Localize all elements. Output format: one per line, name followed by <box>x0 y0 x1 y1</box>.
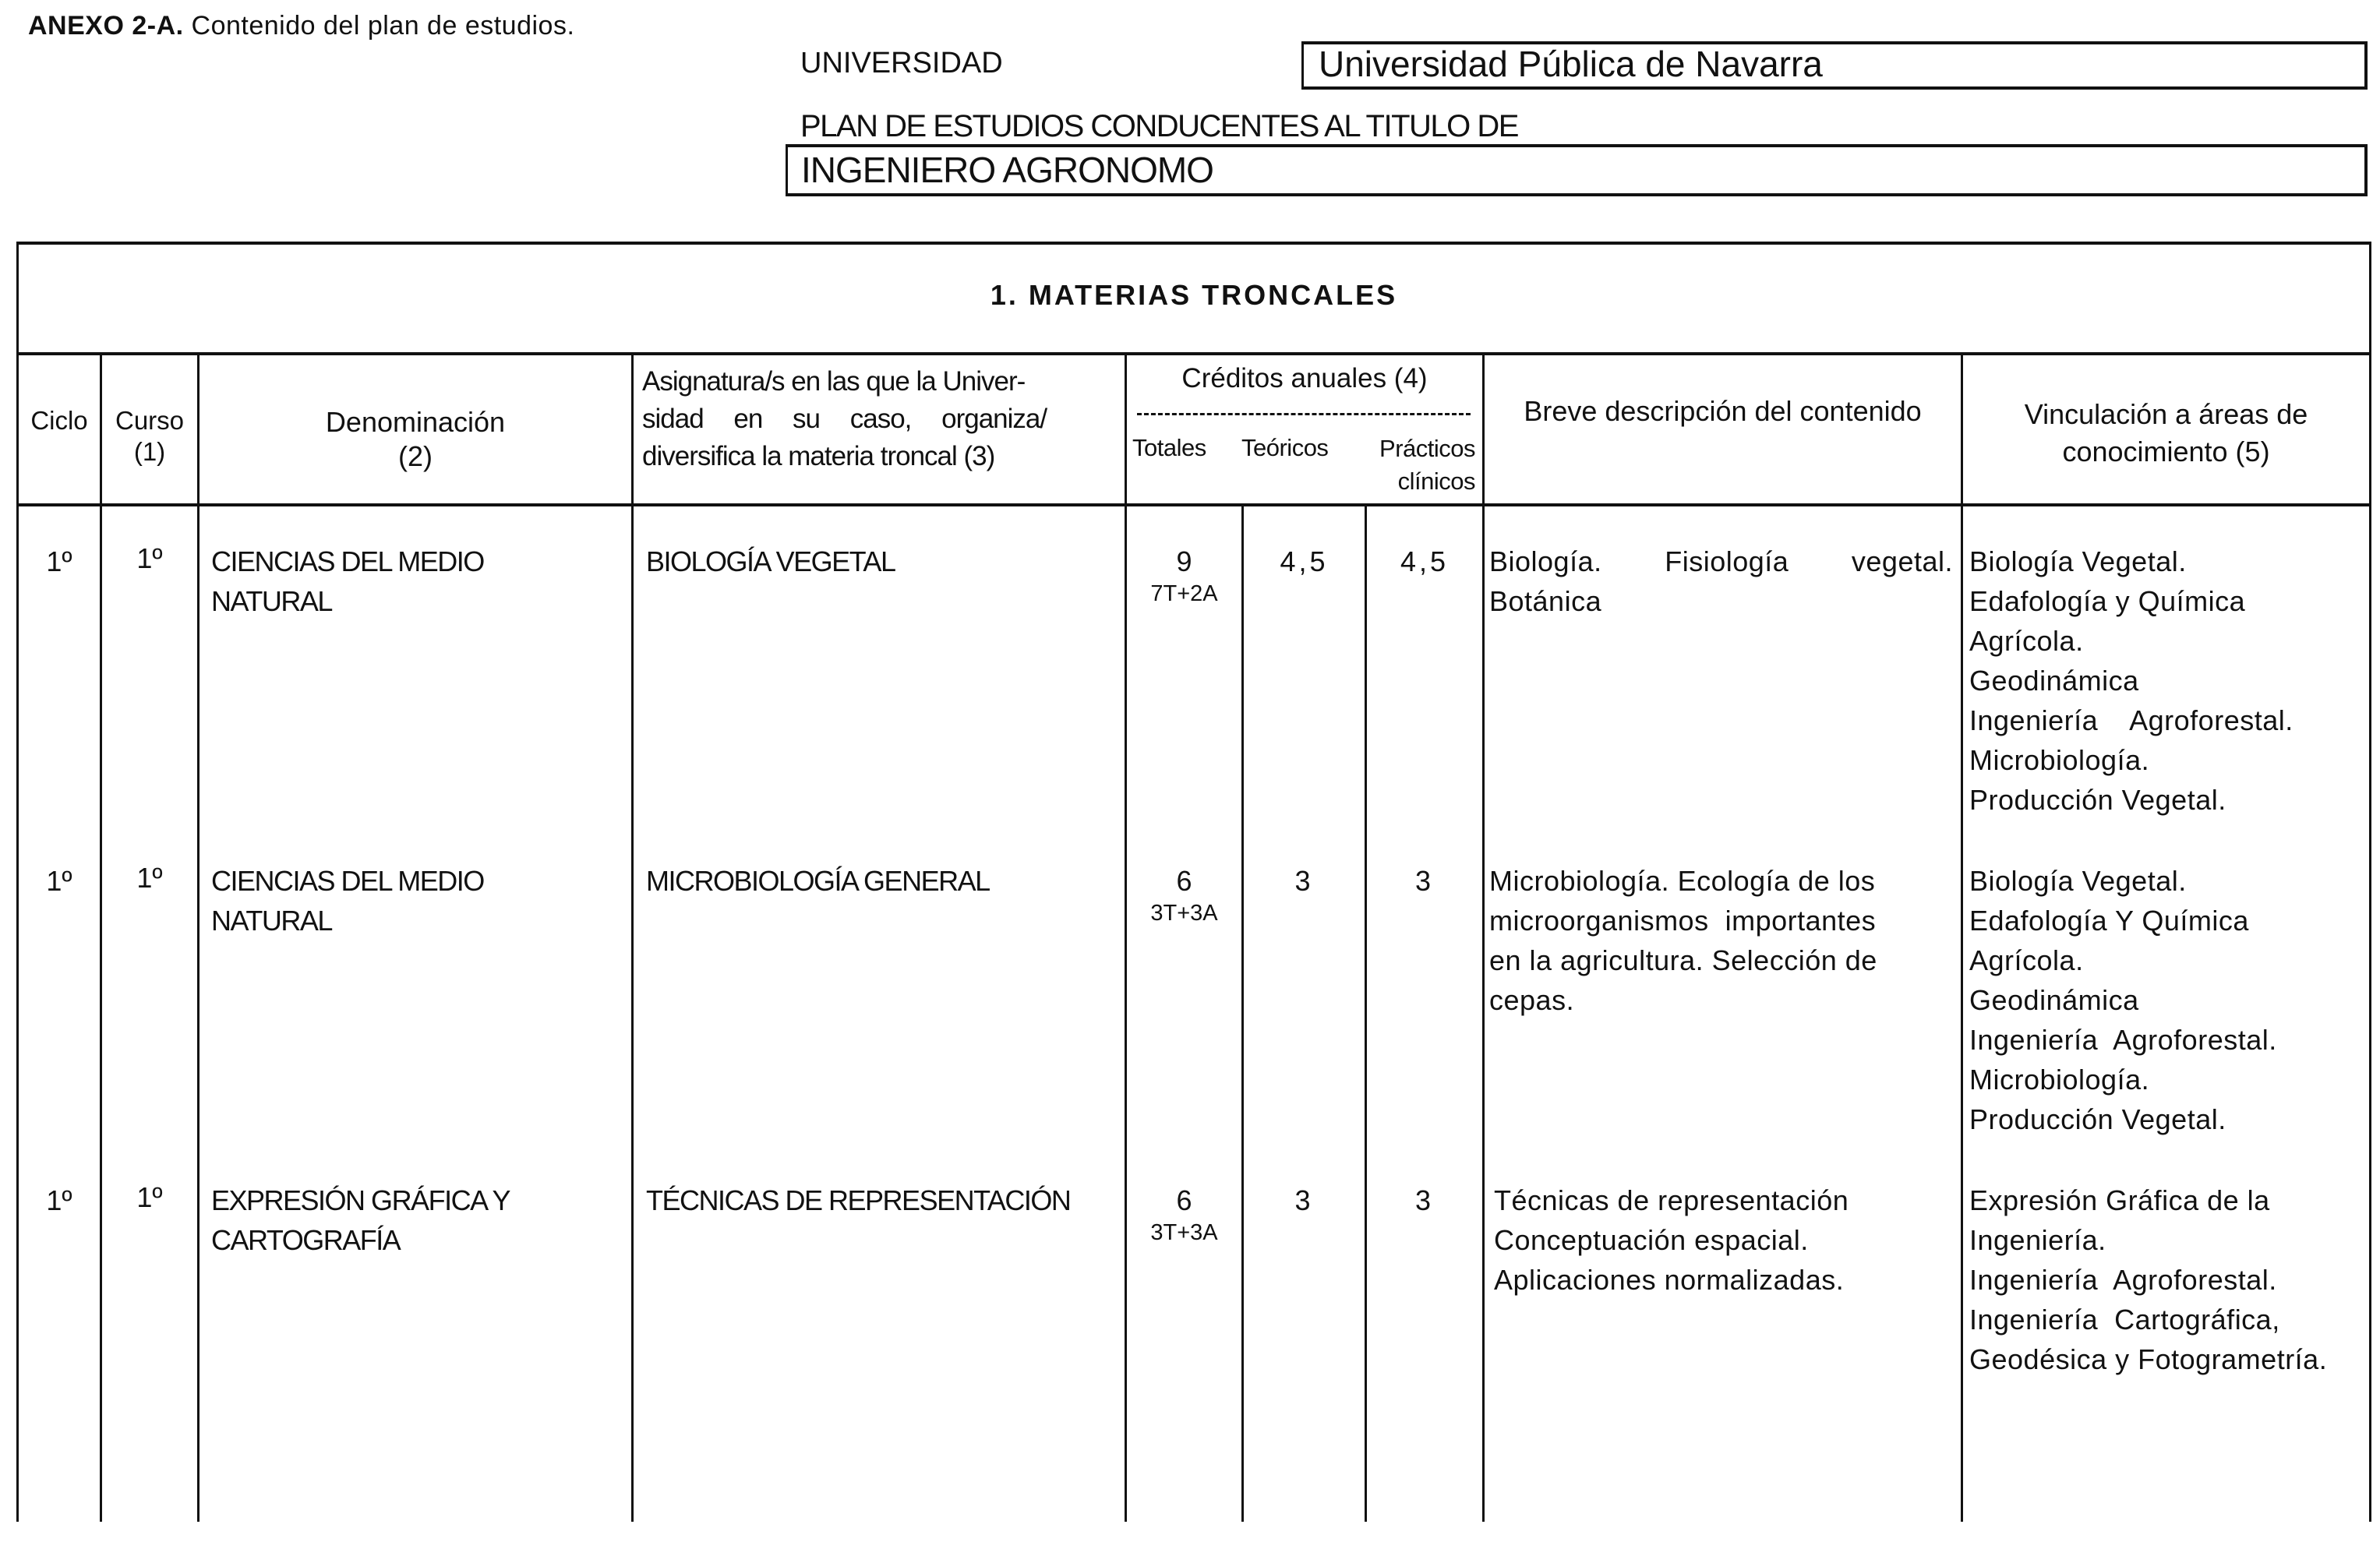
cell-practicos: 4,5 <box>1367 542 1482 581</box>
cell-vinculacion-line: Agrícola. <box>1969 940 2363 980</box>
header-teoricos: Teóricos <box>1241 432 1328 464</box>
cell-curso-line: 1º <box>102 1177 197 1217</box>
cell-vinculacion-line: Ingeniería. <box>1969 1220 2363 1260</box>
cell-totales-split: 7T+2A <box>1127 579 1241 609</box>
cell-descripcion-line: cepas. <box>1489 980 1953 1020</box>
cell-vinculacion-line: Geodésica y Fotogrametría. <box>1969 1339 2363 1379</box>
cell-ciclo: 1º <box>19 1180 100 1220</box>
header-practicos-line: clínicos <box>1365 465 1475 498</box>
degree-value: INGENIERO AGRONOMO <box>801 146 1213 193</box>
cell-curso-line: 1º <box>102 858 197 898</box>
header-top-border <box>16 352 2371 355</box>
table-right-border <box>2369 242 2371 1522</box>
cell-vinculacion-line: Ingeniería Cartográfica, <box>1969 1300 2363 1339</box>
col-divider <box>1365 503 1367 1522</box>
cell-asignatura: MICROBIOLOGÍA GENERAL <box>646 861 1121 901</box>
cell-totales-split: 3T+3A <box>1127 1218 1241 1247</box>
cell-descripcion-line: microorganismos importantes <box>1489 901 1953 940</box>
header-vinculacion-line: conocimiento (5) <box>1963 433 2369 471</box>
cell-teoricos-line: 3 <box>1244 1180 1365 1220</box>
cell-practicos-line: 3 <box>1367 1180 1482 1220</box>
cell-curso: 1º <box>102 1177 197 1217</box>
cell-vinculacion: Expresión Gráfica de laIngeniería.Ingeni… <box>1969 1180 2363 1379</box>
col-divider <box>197 352 200 1522</box>
annex-heading: ANEXO 2-A. Contenido del plan de estudio… <box>28 11 574 41</box>
cell-vinculacion: Biología Vegetal.Edafología Y QuímicaAgr… <box>1969 861 2363 1139</box>
cell-teoricos-line: 4,5 <box>1244 542 1365 581</box>
header-curso-note: (1) <box>102 436 197 468</box>
cell-teoricos: 4,5 <box>1244 542 1365 581</box>
cell-vinculacion-line: Microbiología. <box>1969 740 2363 780</box>
header-ciclo: Ciclo <box>19 405 100 436</box>
header-asignatura-line: sidad en su caso, organiza/ <box>642 400 1116 438</box>
cell-teoricos: 3 <box>1244 861 1365 901</box>
cell-vinculacion-line: Expresión Gráfica de la <box>1969 1180 2363 1220</box>
cell-descripcion-line: Botánica <box>1489 581 1953 621</box>
cell-curso: 1º <box>102 858 197 898</box>
table-title: 1. MATERIAS TRONCALES <box>16 279 2371 312</box>
col-divider <box>1961 352 1963 1522</box>
cell-denominacion-line: NATURAL <box>211 581 624 621</box>
col-divider <box>1482 352 1485 1522</box>
col-divider <box>100 352 102 1522</box>
cell-curso: 1º <box>102 538 197 578</box>
cell-denominacion: EXPRESIÓN GRÁFICA YCARTOGRAFÍA <box>211 1180 624 1260</box>
header-curso-line: Curso <box>102 405 197 436</box>
header-descripcion: Breve descripción del contenido <box>1485 396 1961 427</box>
col-divider <box>631 352 634 1522</box>
cell-asignatura-line: BIOLOGÍA VEGETAL <box>646 542 1121 581</box>
cell-teoricos-line: 3 <box>1244 861 1365 901</box>
cell-totales-line: 6 <box>1127 1180 1241 1220</box>
header-denominacion-note: (2) <box>200 439 631 474</box>
cell-descripcion-line: Técnicas de representación <box>1494 1180 1938 1220</box>
cell-totales-split-line: 7T+2A <box>1127 579 1241 609</box>
cell-vinculacion-line: Ingeniería Agroforestal. <box>1969 1260 2363 1300</box>
cell-vinculacion-line: Geodinámica <box>1969 980 2363 1020</box>
cell-ciclo-line: 1º <box>19 1180 100 1220</box>
cell-vinculacion-line: Producción Vegetal. <box>1969 1099 2363 1139</box>
cell-vinculacion-line: Biología Vegetal. <box>1969 861 2363 901</box>
header-practicos-line: Prácticos <box>1365 432 1475 465</box>
cell-denominacion-line: CIENCIAS DEL MEDIO <box>211 861 624 901</box>
cell-practicos-line: 3 <box>1367 861 1482 901</box>
cell-vinculacion-line: Biología Vegetal. <box>1969 542 2363 581</box>
cell-denominacion-line: CIENCIAS DEL MEDIO <box>211 542 624 581</box>
cell-descripcion-line: Conceptuación espacial. <box>1494 1220 1938 1260</box>
header-curso: Curso (1) <box>102 405 197 468</box>
cell-denominacion: CIENCIAS DEL MEDIONATURAL <box>211 542 624 621</box>
header-denominacion-line: Denominación <box>200 405 631 439</box>
cell-practicos-line: 4,5 <box>1367 542 1482 581</box>
cell-ciclo-line: 1º <box>19 542 100 581</box>
cell-totales-line: 9 <box>1127 542 1241 581</box>
cell-denominacion-line: EXPRESIÓN GRÁFICA Y <box>211 1180 624 1220</box>
cell-teoricos: 3 <box>1244 1180 1365 1220</box>
cell-totales: 6 <box>1127 861 1241 901</box>
plan-label: PLAN DE ESTUDIOS CONDUCENTES AL TITULO D… <box>800 109 1518 144</box>
cell-denominacion-line: CARTOGRAFÍA <box>211 1220 624 1260</box>
university-value: Universidad Pública de Navarra <box>1319 41 1823 86</box>
cell-practicos: 3 <box>1367 861 1482 901</box>
cell-totales-split: 3T+3A <box>1127 898 1241 928</box>
cell-totales: 6 <box>1127 1180 1241 1220</box>
cell-totales-split-line: 3T+3A <box>1127 1218 1241 1247</box>
cell-vinculacion-line: Edafología Y Química <box>1969 901 2363 940</box>
annex-label: ANEXO 2-A. <box>28 11 184 41</box>
troncales-table: 1. MATERIAS TRONCALES Ciclo Curso (1) De… <box>16 242 2371 1522</box>
col-divider <box>1125 352 1127 1522</box>
cell-vinculacion-line: Producción Vegetal. <box>1969 780 2363 820</box>
header-creditos: Créditos anuales (4) <box>1127 363 1482 394</box>
cell-vinculacion-line: Edafología y Química <box>1969 581 2363 621</box>
cell-descripcion-line: Aplicaciones normalizadas. <box>1494 1260 1938 1300</box>
header-totales: Totales <box>1132 432 1206 464</box>
credits-separator <box>1137 413 1471 415</box>
cell-ciclo-line: 1º <box>19 861 100 901</box>
cell-descripcion: Microbiología. Ecología de losmicroorgan… <box>1489 861 1953 1020</box>
col-divider <box>1241 503 1244 1522</box>
cell-curso-line: 1º <box>102 538 197 578</box>
cell-practicos: 3 <box>1367 1180 1482 1220</box>
cell-asignatura: BIOLOGÍA VEGETAL <box>646 542 1121 581</box>
annex-text: Contenido del plan de estudios. <box>192 11 575 41</box>
cell-asignatura: TÉCNICAS DE REPRESENTACIÓN <box>646 1180 1121 1220</box>
cell-vinculacion-line: Geodinámica <box>1969 661 2363 700</box>
university-label: UNIVERSIDAD <box>800 47 1003 80</box>
header-denominacion: Denominación (2) <box>200 405 631 474</box>
cell-vinculacion-line: Agrícola. <box>1969 621 2363 661</box>
header-vinculacion-line: Vinculación a áreas de <box>1963 396 2369 433</box>
cell-totales-line: 6 <box>1127 861 1241 901</box>
cell-totales-split-line: 3T+3A <box>1127 898 1241 928</box>
cell-denominacion: CIENCIAS DEL MEDIONATURAL <box>211 861 624 940</box>
cell-vinculacion-line: Microbiología. <box>1969 1060 2363 1099</box>
header-vinculacion: Vinculación a áreas de conocimiento (5) <box>1963 396 2369 471</box>
cell-descripcion: Biología. Fisiología vegetal.Botánica <box>1489 542 1953 621</box>
cell-denominacion-line: NATURAL <box>211 901 624 940</box>
cell-descripcion-line: en la agricultura. Selección de <box>1489 940 1953 980</box>
table-top-border <box>16 242 2371 245</box>
header-asignatura-text: sidad en su caso, organiza/ <box>642 400 1047 438</box>
cell-ciclo: 1º <box>19 861 100 901</box>
header-asignatura-line: diversifica la materia troncal (3) <box>642 438 1116 475</box>
header-asignatura-line: Asignatura/s en las que la Univer- <box>642 363 1116 400</box>
cell-totales: 9 <box>1127 542 1241 581</box>
cell-descripcion: Técnicas de representaciónConceptuación … <box>1494 1180 1938 1300</box>
cell-asignatura-line: MICROBIOLOGÍA GENERAL <box>646 861 1121 901</box>
cell-vinculacion: Biología Vegetal.Edafología y QuímicaAgr… <box>1969 542 2363 820</box>
header-asignatura: Asignatura/s en las que la Univer- sidad… <box>642 363 1116 475</box>
cell-descripcion-line: Biología. Fisiología vegetal. <box>1489 542 1953 581</box>
cell-descripcion-line: Microbiología. Ecología de los <box>1489 861 1953 901</box>
header-bottom-border <box>16 503 2371 506</box>
cell-vinculacion-line: Ingeniería Agroforestal. <box>1969 1020 2363 1060</box>
cell-ciclo: 1º <box>19 542 100 581</box>
header-practicos: Prácticos clínicos <box>1365 432 1475 498</box>
cell-vinculacion-line: Ingeniería Agroforestal. <box>1969 700 2363 740</box>
cell-asignatura-line: TÉCNICAS DE REPRESENTACIÓN <box>646 1180 1121 1220</box>
